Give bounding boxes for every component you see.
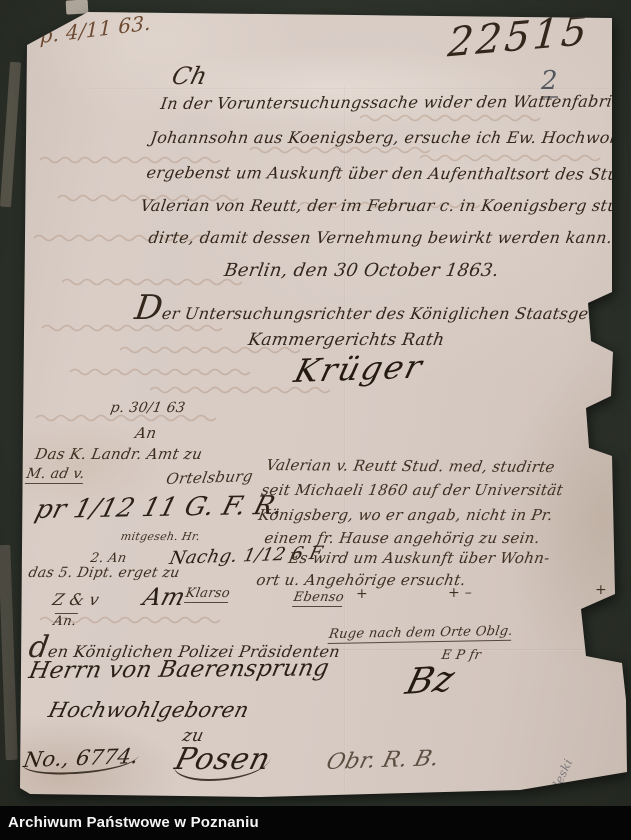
sender-title-line: Der Untersuchungsrichter des Königlichen…	[132, 288, 631, 328]
presentation-note: p. 4/11 63.	[40, 10, 151, 48]
response-line: Valerian v. Reutt Stud. med, studirte	[265, 456, 556, 476]
paraph-mark: Obr. R. B.	[324, 746, 442, 775]
response-line: ort u. Angehörige ersucht.	[255, 571, 467, 589]
archive-caption-bar: Archiwum Państwowe w Poznaniu	[0, 806, 631, 840]
address-an: An.	[52, 613, 78, 629]
letter-line: Valerian von Reutt, der im Februar c. in…	[139, 196, 625, 215]
document-page: p. 4/11 63. 22515 2 Ch In der Voruntersu…	[0, 0, 631, 810]
paper-sheet: p. 4/11 63. 22515 2 Ch In der Voruntersu…	[0, 0, 631, 810]
monogram-flourish: Ch	[169, 62, 210, 90]
file-number: 22515	[446, 8, 592, 67]
registry-scribble: Ebenso	[292, 590, 345, 607]
letter-line: Johannsohn aus Koenigsberg, ersuche ich …	[149, 128, 631, 147]
response-line: Königsberg, wo er angab, nicht in Pr.	[257, 506, 554, 524]
registry-scribble: Z & v	[51, 590, 101, 609]
letter-line: ergebenst um Auskunft über den Aufenthal…	[145, 163, 631, 184]
registry-scribble: Am	[140, 583, 189, 611]
registry-scribble: mitgeseh. Hr.	[120, 530, 201, 543]
registry-an: An	[134, 424, 158, 442]
vertical-fold-crease	[344, 86, 346, 790]
registry-scribble: pr 1/12 11 G. F. R.	[32, 491, 287, 525]
address-insertion: Ruge nach dem Orte Oblg.	[328, 624, 514, 644]
response-line: Es wird um Auskunft über Wohn-	[287, 549, 551, 567]
letter-line: In der Voruntersuchungssache wider den W…	[159, 91, 631, 113]
response-line: einem fr. Hause angehörig zu sein.	[263, 529, 541, 547]
response-line: seit Michaeli 1860 auf der Universität	[260, 481, 564, 499]
registry-office-line2: Ortelsburg	[165, 467, 255, 488]
registry-scribble: das 5. Dipt. erget zu	[27, 565, 181, 581]
tick-mark: +	[595, 582, 607, 598]
registry-office-line1: Das K. Landr. Amt zu	[34, 445, 204, 463]
registry-scribble: Klarso	[184, 586, 231, 603]
dateline: Berlin, den 30 October 1863.	[223, 260, 501, 281]
address-city: Posen	[170, 742, 274, 781]
address-line2: Herrn von Baerensprung	[27, 655, 332, 684]
archive-name-label: Archiwum Państwowe w Poznaniu	[0, 806, 631, 840]
registry-date-note: p. 30/1 63	[109, 400, 186, 416]
paraph-mark: Bz	[402, 659, 459, 703]
archive-scan-frame: p. 4/11 63. 22515 2 Ch In der Voruntersu…	[0, 0, 631, 840]
letter-line: dirte, damit dessen Vernehmung bewirkt w…	[147, 228, 613, 247]
document-number: No., 6774.	[21, 744, 141, 776]
signature: Krüger	[290, 348, 427, 390]
address-line3: Hochwohlgeboren	[46, 698, 252, 722]
registry-scribble: 2. An	[89, 551, 127, 566]
corner-pencil-signature: Zaleski	[543, 757, 575, 804]
bleedthrough-handwriting	[0, 0, 631, 810]
registry-office-note: M. ad v.	[25, 466, 86, 484]
